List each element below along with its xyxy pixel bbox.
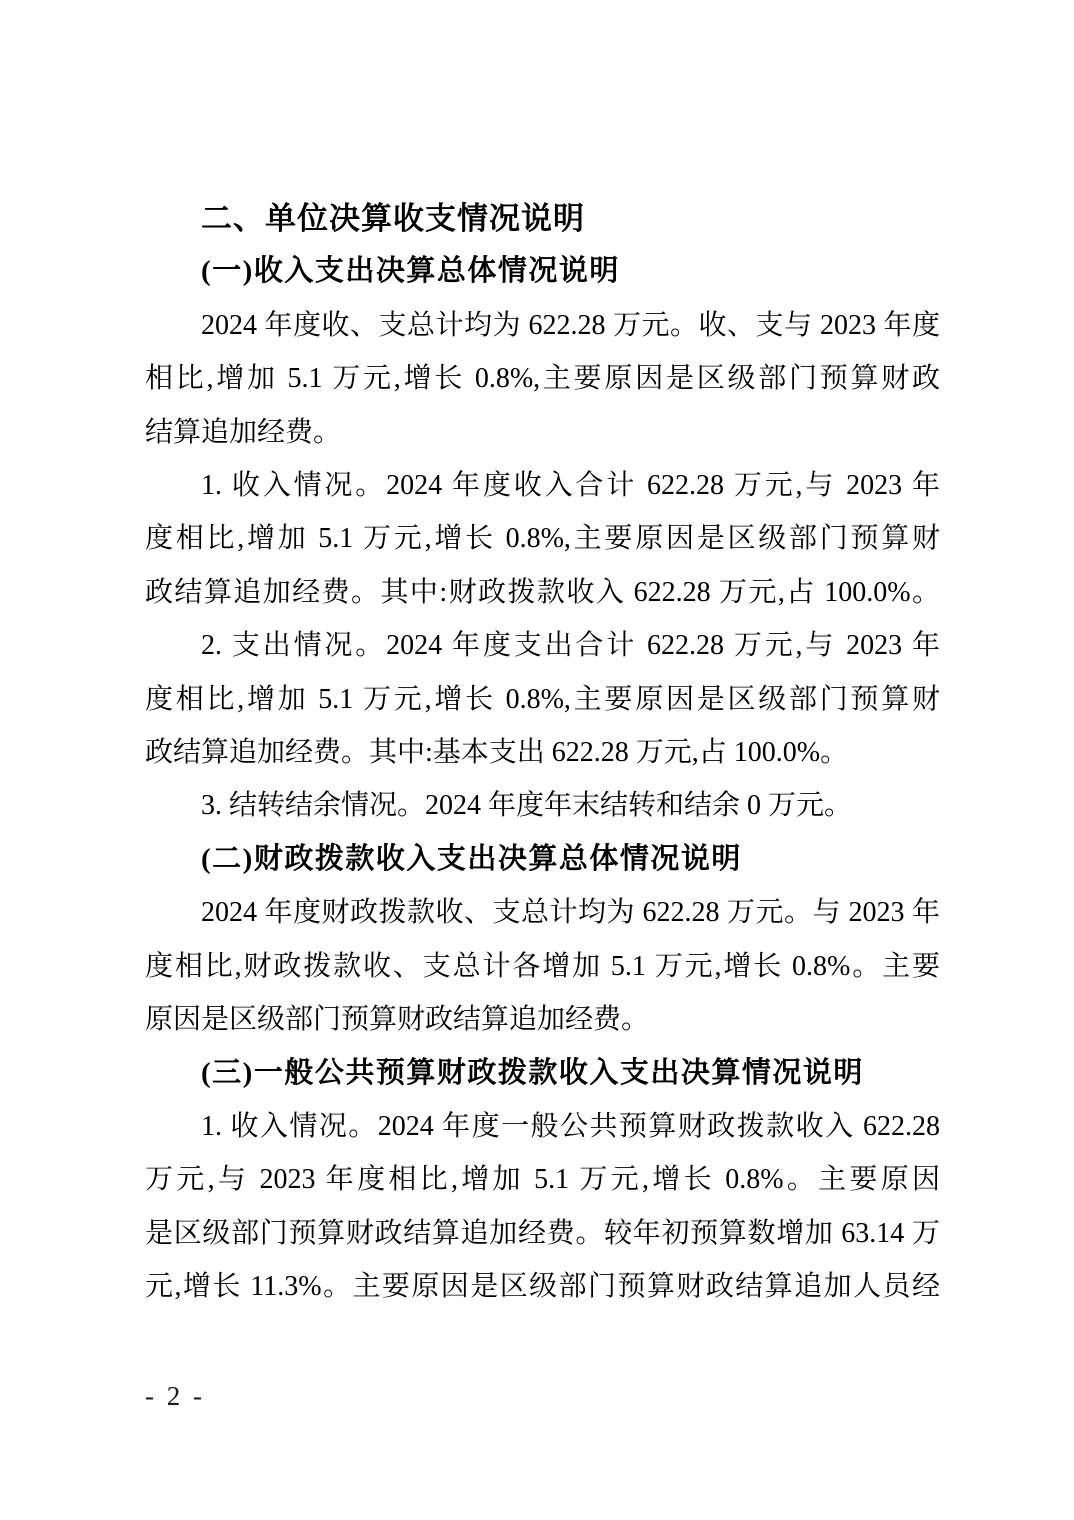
paragraph-line: 元,增长 11.3%。主要原因是区级部门预算财政结算追加人员经	[145, 1260, 940, 1313]
section-heading-text: 二、单位决算收支情况说明	[145, 192, 940, 245]
paragraph-line: 是区级部门预算财政结算追加经费。较年初预算数增加 63.14 万	[145, 1207, 940, 1260]
paragraph-line: 相比,增加 5.1 万元,增长 0.8%,主要原因是区级部门预算财政	[145, 352, 940, 405]
paragraph-line: 度相比,财政拨款收、支总计各增加 5.1 万元,增长 0.8%。主要	[145, 940, 940, 993]
page-number: - 2 -	[145, 1370, 205, 1423]
paragraph-line: 结算追加经费。	[145, 406, 940, 459]
section-heading: 二、单位决算收支情况说明	[145, 192, 940, 245]
paragraph-overall-totals: 2024 年度收、支总计均为 622.28 万元。收、支与 2023 年度 相比…	[145, 299, 940, 459]
paragraph-line: 1. 收入情况。2024 年度收入合计 622.28 万元,与 2023 年	[145, 459, 940, 512]
paragraph-line: 2024 年度收、支总计均为 622.28 万元。收、支与 2023 年度	[145, 299, 940, 352]
paragraph-line: 1. 收入情况。2024 年度一般公共预算财政拨款收入 622.28	[145, 1100, 940, 1153]
paragraph-carryover: 3. 结转结余情况。2024 年度年末结转和结余 0 万元。	[145, 779, 940, 832]
paragraph-line: 政结算追加经费。其中:财政拨款收入 622.28 万元,占 100.0%。	[145, 566, 940, 619]
subsection-heading-3-text: (三)一般公共预算财政拨款收入支出决算情况说明	[145, 1047, 940, 1100]
paragraph-line: 政结算追加经费。其中:基本支出 622.28 万元,占 100.0%。	[145, 726, 940, 779]
paragraph-line: 度相比,增加 5.1 万元,增长 0.8%,主要原因是区级部门预算财	[145, 673, 940, 726]
paragraph-line: 度相比,增加 5.1 万元,增长 0.8%,主要原因是区级部门预算财	[145, 512, 940, 565]
paragraph-expenditure: 2. 支出情况。2024 年度支出合计 622.28 万元,与 2023 年 度…	[145, 619, 940, 779]
paragraph-general-public-budget: 1. 收入情况。2024 年度一般公共预算财政拨款收入 622.28 万元,与 …	[145, 1100, 940, 1314]
document-page: 二、单位决算收支情况说明 (一)收入支出决算总体情况说明 2024 年度收、支总…	[0, 0, 1074, 1520]
paragraph-fiscal-appropriation: 2024 年度财政拨款收、支总计均为 622.28 万元。与 2023 年 度相…	[145, 886, 940, 1046]
subsection-heading-3: (三)一般公共预算财政拨款收入支出决算情况说明	[145, 1047, 940, 1100]
paragraph-line: 2. 支出情况。2024 年度支出合计 622.28 万元,与 2023 年	[145, 619, 940, 672]
paragraph-line: 万元,与 2023 年度相比,增加 5.1 万元,增长 0.8%。主要原因	[145, 1153, 940, 1206]
subsection-heading-1: (一)收入支出决算总体情况说明	[145, 245, 940, 298]
paragraph-line: 2024 年度财政拨款收、支总计均为 622.28 万元。与 2023 年	[145, 886, 940, 939]
subsection-heading-2-text: (二)财政拨款收入支出决算总体情况说明	[145, 833, 940, 886]
subsection-heading-2: (二)财政拨款收入支出决算总体情况说明	[145, 833, 940, 886]
document-content: 二、单位决算收支情况说明 (一)收入支出决算总体情况说明 2024 年度收、支总…	[145, 192, 940, 1314]
paragraph-line: 3. 结转结余情况。2024 年度年末结转和结余 0 万元。	[145, 779, 940, 832]
paragraph-income: 1. 收入情况。2024 年度收入合计 622.28 万元,与 2023 年 度…	[145, 459, 940, 619]
subsection-heading-1-text: (一)收入支出决算总体情况说明	[145, 245, 940, 298]
paragraph-line: 原因是区级部门预算财政结算追加经费。	[145, 993, 940, 1046]
